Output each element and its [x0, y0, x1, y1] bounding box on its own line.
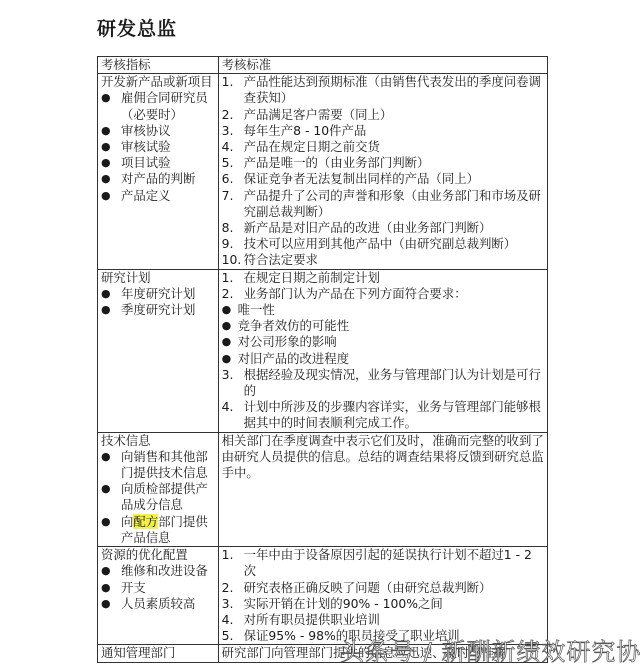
list-item: ●雇佣合同研究员（必要时）: [101, 90, 215, 122]
list-item: ●审核协议: [101, 123, 215, 139]
bullet-icon: ●: [101, 188, 121, 204]
indicator-title: 技术信息: [101, 433, 215, 449]
list-item: ●年度研究计划: [101, 286, 215, 302]
bullet-icon: ●: [222, 334, 238, 350]
list-item: ●对旧产品的改进程度: [222, 351, 544, 367]
bullet-icon: ●: [101, 155, 121, 171]
header-standard: 考核标准: [218, 57, 547, 74]
list-item: ●对公司形象的影响: [222, 334, 544, 350]
bullet-icon: ●: [101, 171, 121, 187]
kpi-table: 考核指标 考核标准 开发新产品或新项目 ●雇佣合同研究员（必要时） ●审核协议 …: [97, 56, 548, 663]
table-header-row: 考核指标 考核标准: [98, 57, 548, 74]
list-item: 1.产品性能达到预期标准（由销售代表发出的季度问卷调查获知）: [222, 74, 544, 106]
page-title: 研发总监: [97, 14, 177, 41]
standard-cell: 相关部门在季度调查中表示它们及时，准确而完整的收到了由研究人员提供的信息。总结的…: [218, 432, 547, 546]
list-item: ●季度研究计划: [101, 302, 215, 318]
bullet-icon: ●: [101, 514, 121, 546]
standard-cell: 1.在规定日期之前制定计划 2.业务部门认为产品在下列方面符合要求： ●唯一性 …: [218, 269, 547, 432]
standard-paragraph: 相关部门在季度调查中表示它们及时，准确而完整的收到了由研究人员提供的信息。总结的…: [222, 433, 544, 482]
bullet-icon: ●: [101, 302, 121, 318]
bullet-icon: ●: [101, 596, 121, 612]
list-item: ●开支: [101, 580, 215, 596]
table-row: 开发新产品或新项目 ●雇佣合同研究员（必要时） ●审核协议 ●审核试验 ●项目试…: [98, 74, 548, 269]
list-item: 1.在规定日期之前制定计划: [222, 270, 544, 286]
list-item: ●竞争者效仿的可能性: [222, 318, 544, 334]
indicator-title: 研究计划: [101, 270, 215, 286]
bullet-icon: ●: [101, 449, 121, 481]
indicator-cell: 资源的优化配置 ●维修和改进设备 ●开支 ●人员素质较高: [98, 547, 219, 645]
indicator-cell: 研究计划 ●年度研究计划 ●季度研究计划: [98, 269, 219, 432]
bullet-icon: ●: [101, 90, 121, 122]
list-item: 9.技术可以应用到其他产品中（由研究副总裁判断）: [222, 236, 544, 252]
table-row: 研究计划 ●年度研究计划 ●季度研究计划 1.在规定日期之前制定计划 2.业务部…: [98, 269, 548, 432]
watermark: 头条号 / 新酬新绩效研究协会: [340, 632, 640, 667]
list-item: 2.业务部门认为产品在下列方面符合要求：: [222, 286, 544, 302]
standard-cell: 1.产品性能达到预期标准（由销售代表发出的季度问卷调查获知） 2.产品满足客户需…: [218, 74, 547, 269]
list-item: 5.产品是唯一的（由业务部门判断）: [222, 155, 544, 171]
list-item: 10.符合法定要求: [222, 252, 544, 268]
indicator-title: 资源的优化配置: [101, 547, 215, 563]
list-item: 3.实际开销在计划的90% - 100%之间: [222, 596, 544, 612]
list-item: 2.产品满足客户需要（同上）: [222, 107, 544, 123]
list-item: ●向配方部门提供产品信息: [101, 514, 215, 546]
highlighted-text: 配方: [133, 514, 158, 529]
bullet-icon: ●: [101, 481, 121, 513]
bullet-icon: ●: [222, 318, 238, 334]
list-item: 3.每年生产8 - 10件产品: [222, 123, 544, 139]
bullet-icon: ●: [222, 302, 238, 318]
list-item: 4.产品在规定日期之前交货: [222, 139, 544, 155]
header-indicator: 考核指标: [98, 57, 219, 74]
bullet-icon: ●: [222, 351, 238, 367]
list-item: 3.根据经验及现实情况，业务与管理部门认为计划是可行的: [222, 367, 544, 399]
table-row: 技术信息 ●向销售和其他部门提供技术信息 ●向质检部提供产品成分信息 ●向配方部…: [98, 432, 548, 546]
list-item: 4.计划中所涉及的步骤内容详实，业务与管理部门能够根据其中的时间表顺利完成工作。: [222, 399, 544, 431]
table-row: 资源的优化配置 ●维修和改进设备 ●开支 ●人员素质较高 1.一年中由于设备原因…: [98, 547, 548, 645]
list-item: 2.研究表格正确反映了问题（由研究总裁判断）: [222, 580, 544, 596]
list-item: ●项目试验: [101, 155, 215, 171]
bullet-icon: ●: [101, 580, 121, 596]
list-item: ●对产品的判断: [101, 171, 215, 187]
list-item: ●产品定义: [101, 188, 215, 204]
list-item: ●向质检部提供产品成分信息: [101, 481, 215, 513]
list-item: 4.对所有职员提供职业培训: [222, 612, 544, 628]
bullet-icon: ●: [101, 139, 121, 155]
indicator-cell: 通知管理部门: [98, 645, 219, 662]
list-item: 6.保证竞争者无法复制出同样的产品（同上）: [222, 171, 544, 187]
list-item: ●审核试验: [101, 139, 215, 155]
list-item: ●唯一性: [222, 302, 544, 318]
list-item: ●维修和改进设备: [101, 563, 215, 579]
indicator-cell: 开发新产品或新项目 ●雇佣合同研究员（必要时） ●审核协议 ●审核试验 ●项目试…: [98, 74, 219, 269]
list-item: 7.产品提升了公司的声誉和形象（由业务部门和市场及研究副总裁判断）: [222, 188, 544, 220]
list-item: ●人员素质较高: [101, 596, 215, 612]
indicator-cell: 技术信息 ●向销售和其他部门提供技术信息 ●向质检部提供产品成分信息 ●向配方部…: [98, 432, 219, 546]
list-item: 8.新产品是对旧产品的改进（由业务部门判断）: [222, 220, 544, 236]
bullet-icon: ●: [101, 286, 121, 302]
list-item: ●向销售和其他部门提供技术信息: [101, 449, 215, 481]
indicator-title: 开发新产品或新项目: [101, 74, 215, 90]
list-item: 1.一年中由于设备原因引起的延误执行计划不超过1 - 2次: [222, 547, 544, 579]
indicator-title: 通知管理部门: [101, 645, 215, 661]
standard-cell: 1.一年中由于设备原因引起的延误执行计划不超过1 - 2次 2.研究表格正确反映…: [218, 547, 547, 645]
bullet-icon: ●: [101, 563, 121, 579]
bullet-icon: ●: [101, 123, 121, 139]
